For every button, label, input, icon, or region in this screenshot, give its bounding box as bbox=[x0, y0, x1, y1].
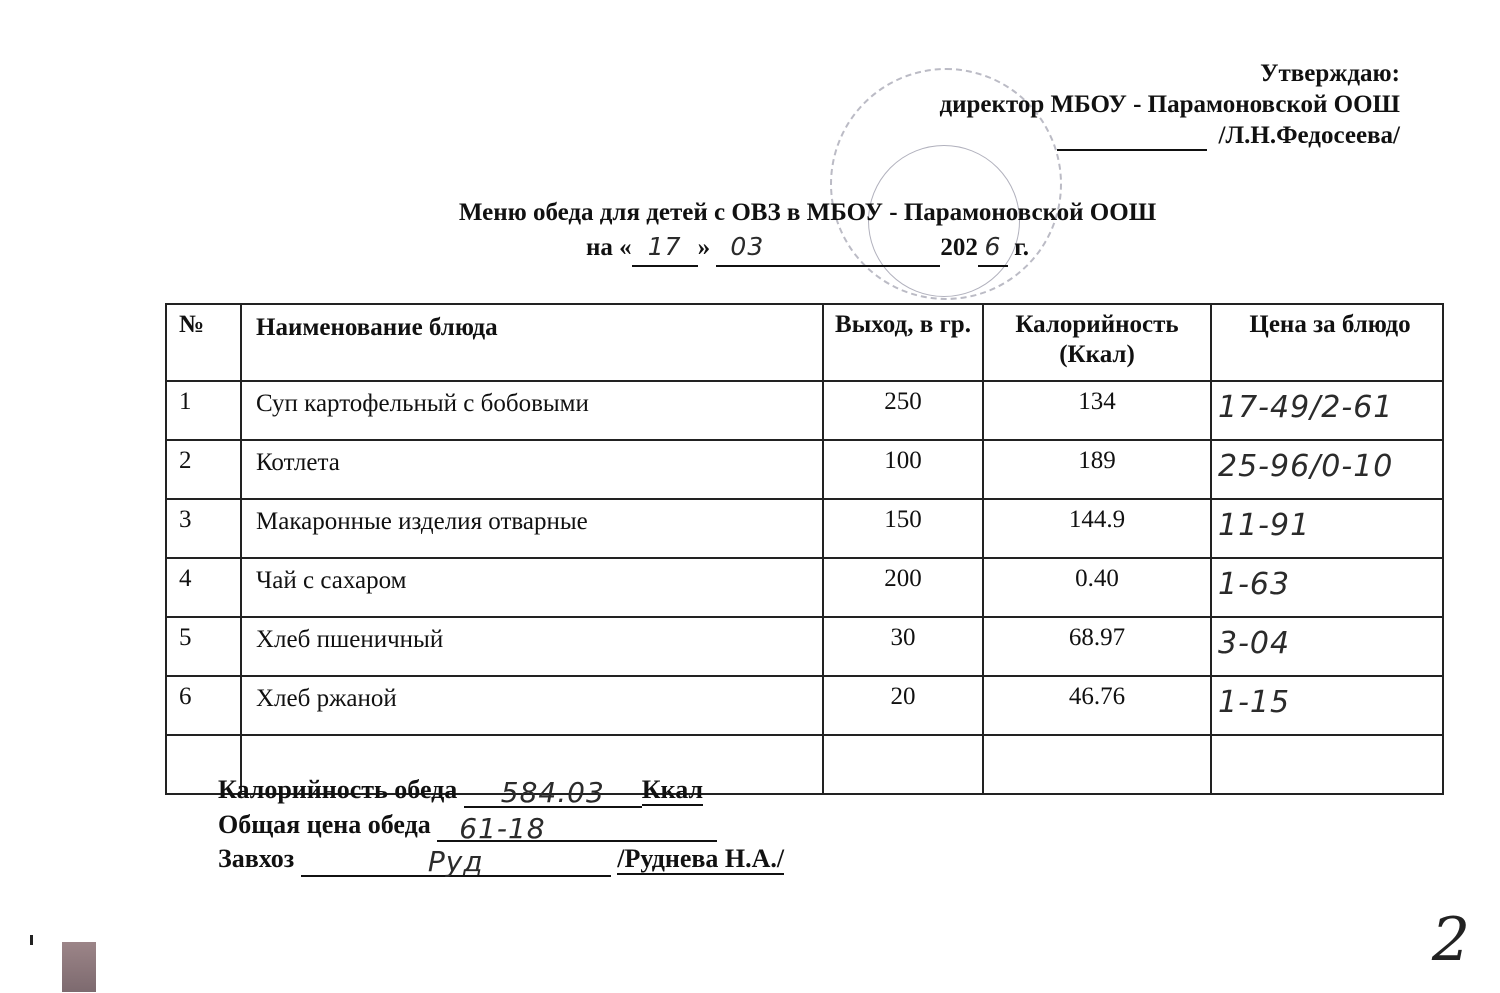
summary-block: Калорийность обеда 584.03Ккал Общая цена… bbox=[218, 773, 784, 877]
table-row: 5Хлеб пшеничный3068.973-04 bbox=[166, 617, 1443, 676]
cell-name: Котлета bbox=[241, 440, 823, 499]
header-output: Выход, в гр. bbox=[823, 304, 983, 381]
table-row: 4Чай с сахаром2000.401-63 bbox=[166, 558, 1443, 617]
cell-kcal: 0.40 bbox=[983, 558, 1211, 617]
cell-name: Хлеб ржаной bbox=[241, 676, 823, 735]
cell-kcal: 46.76 bbox=[983, 676, 1211, 735]
cell-no: 2 bbox=[166, 440, 241, 499]
table-row: 6Хлеб ржаной2046.761-15 bbox=[166, 676, 1443, 735]
date-year-field: 6 bbox=[978, 230, 1008, 267]
header-name: Наименование блюда bbox=[241, 304, 823, 381]
cell-output: 30 bbox=[823, 617, 983, 676]
director-signature bbox=[1057, 127, 1207, 151]
date-month-field: 03 bbox=[716, 230, 940, 267]
table-body: 1Суп картофельный с бобовыми25013417-49/… bbox=[166, 381, 1443, 794]
cell-kcal: 68.97 bbox=[983, 617, 1211, 676]
cell-output: 150 bbox=[823, 499, 983, 558]
cell-name: Суп картофельный с бобовыми bbox=[241, 381, 823, 440]
cell-name: Макаронные изделия отварные bbox=[241, 499, 823, 558]
date-day-field: 17 bbox=[632, 230, 698, 267]
cell-kcal: 134 bbox=[983, 381, 1211, 440]
cell-output: 200 bbox=[823, 558, 983, 617]
summary-kcal: Калорийность обеда 584.03Ккал bbox=[218, 773, 784, 808]
table-row: 1Суп картофельный с бобовыми25013417-49/… bbox=[166, 381, 1443, 440]
cell-price bbox=[1211, 735, 1443, 794]
cell-price: 17-49/2-61 bbox=[1211, 381, 1443, 440]
table-row: 2Котлета10018925-96/0-10 bbox=[166, 440, 1443, 499]
header-price: Цена за блюдо bbox=[1211, 304, 1443, 381]
cell-no: 6 bbox=[166, 676, 241, 735]
approval-signature-line: /Л.Н.Федосеева/ bbox=[939, 120, 1400, 151]
table-row: 3Макаронные изделия отварные150144.911-9… bbox=[166, 499, 1443, 558]
cell-kcal: 189 bbox=[983, 440, 1211, 499]
kcal-unit: Ккал bbox=[642, 775, 703, 806]
cell-kcal bbox=[983, 735, 1211, 794]
cell-price: 3-04 bbox=[1211, 617, 1443, 676]
cell-output: 100 bbox=[823, 440, 983, 499]
title-date: на «17» 032026 г. bbox=[0, 230, 1500, 267]
table-header-row: № Наименование блюда Выход, в гр. Калори… bbox=[166, 304, 1443, 381]
scan-artifact bbox=[62, 942, 96, 992]
cell-kcal: 144.9 bbox=[983, 499, 1211, 558]
cell-no: 5 bbox=[166, 617, 241, 676]
cell-output bbox=[823, 735, 983, 794]
header-kcal: Калорийность (Ккал) bbox=[983, 304, 1211, 381]
approval-heading: Утверждаю: bbox=[939, 58, 1400, 89]
summary-price: Общая цена обеда 61-18 bbox=[218, 808, 784, 842]
cell-no: 4 bbox=[166, 558, 241, 617]
cell-price: 11-91 bbox=[1211, 499, 1443, 558]
title-line: Меню обеда для детей с ОВЗ в МБОУ - Пара… bbox=[0, 196, 1500, 230]
approval-block: Утверждаю: директор МБОУ - Парамоновской… bbox=[939, 58, 1400, 151]
cell-output: 20 bbox=[823, 676, 983, 735]
cell-no: 3 bbox=[166, 499, 241, 558]
cell-name: Хлеб пшеничный bbox=[241, 617, 823, 676]
header-no: № bbox=[166, 304, 241, 381]
total-kcal-field: 584.03 bbox=[464, 776, 642, 808]
approval-position: директор МБОУ - Парамоновской ООШ bbox=[939, 89, 1400, 120]
page-number: 2 bbox=[1432, 905, 1470, 975]
cell-no: 1 bbox=[166, 381, 241, 440]
document-title: Меню обеда для детей с ОВЗ в МБОУ - Пара… bbox=[0, 196, 1500, 267]
scan-mark bbox=[30, 935, 33, 945]
cell-price: 1-63 bbox=[1211, 558, 1443, 617]
menu-table: № Наименование блюда Выход, в гр. Калори… bbox=[165, 303, 1444, 795]
cell-price: 25-96/0-10 bbox=[1211, 440, 1443, 499]
cell-price: 1-15 bbox=[1211, 676, 1443, 735]
total-price-field: 61-18 bbox=[437, 812, 717, 842]
manager-name: /Руднева Н.А./ bbox=[617, 844, 784, 875]
cell-name: Чай с сахаром bbox=[241, 558, 823, 617]
manager-signature: Руд bbox=[301, 845, 611, 877]
summary-manager: Завхоз Руд /Руднева Н.А./ bbox=[218, 842, 784, 877]
cell-output: 250 bbox=[823, 381, 983, 440]
director-name: /Л.Н.Федосеева/ bbox=[1219, 122, 1400, 149]
